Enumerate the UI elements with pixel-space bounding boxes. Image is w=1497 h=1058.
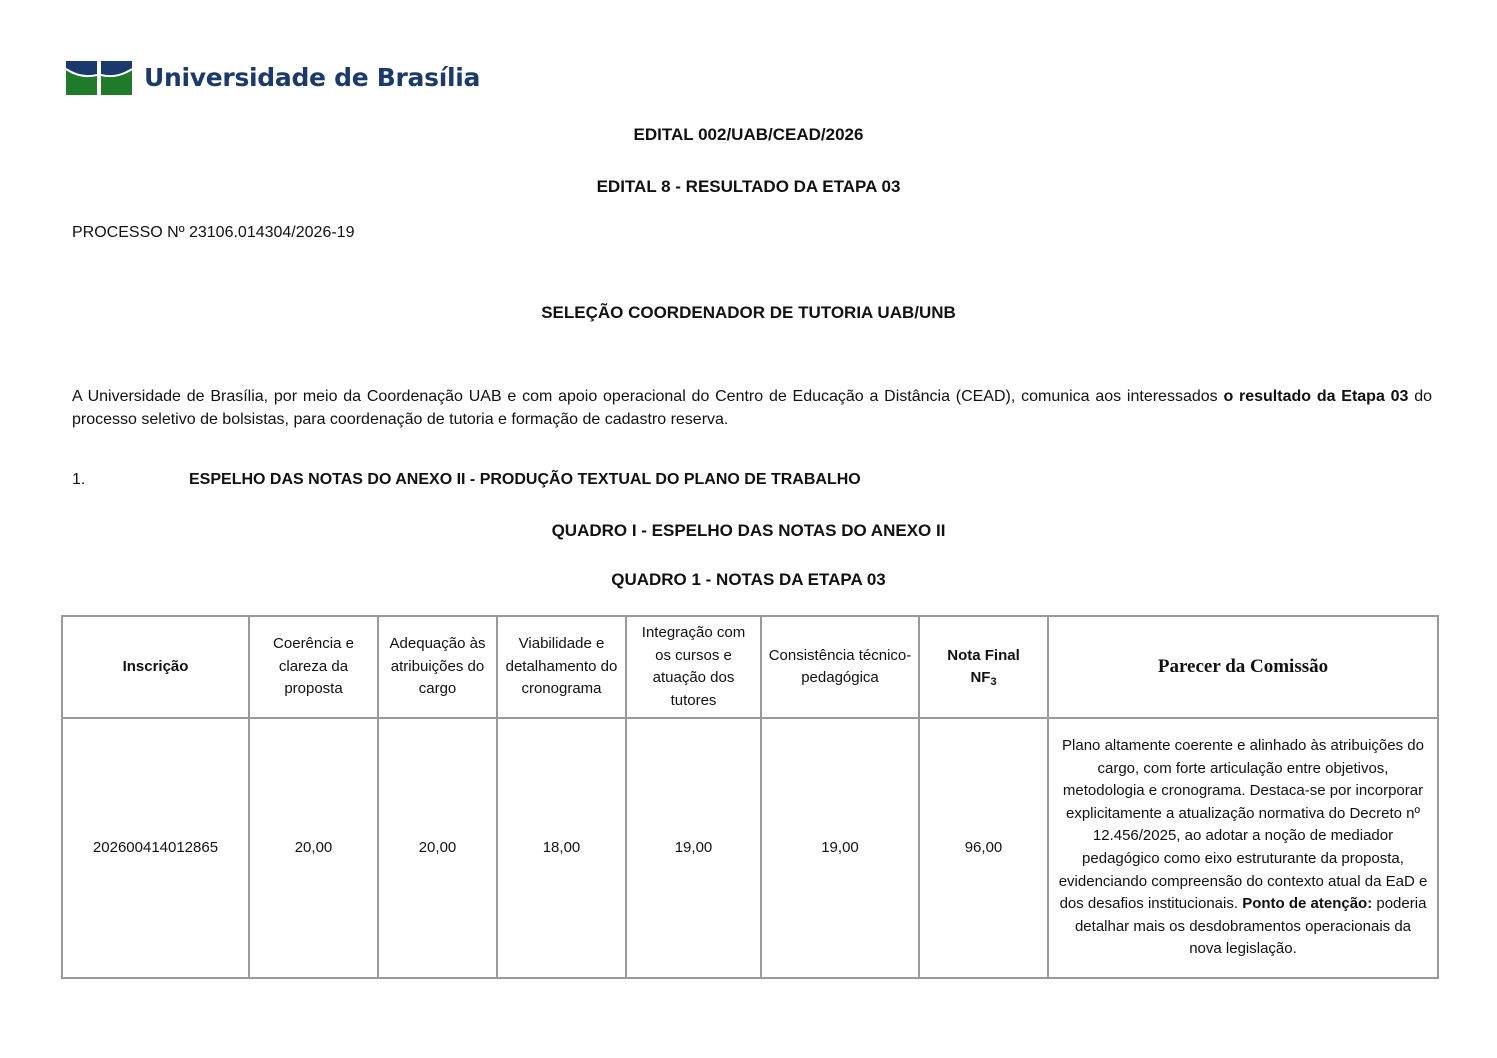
header-adequacao: Adequação às atribuições do cargo <box>378 616 497 718</box>
edital-subtitle: EDITAL 8 - RESULTADO DA ETAPA 03 <box>0 177 1497 197</box>
header-integracao: Integração com os cursos e atuação dos t… <box>626 616 761 718</box>
cell-inscricao: 202600414012865 <box>62 718 249 978</box>
section-title: ESPELHO DAS NOTAS DO ANEXO II - PRODUÇÃO… <box>189 471 861 488</box>
parecer-attention-label: Ponto de atenção: <box>1242 895 1372 912</box>
intro-paragraph: A Universidade de Brasília, por meio da … <box>72 385 1432 431</box>
header-nota-final: Nota Final NF3 <box>919 616 1048 718</box>
header-inscricao: Inscrição <box>62 616 249 718</box>
processo-number: PROCESSO Nº 23106.014304/2026-19 <box>72 224 354 242</box>
unb-logo-icon <box>66 61 132 95</box>
quadro-subtitle: QUADRO 1 - NOTAS DA ETAPA 03 <box>0 570 1497 590</box>
institution-header: Universidade de Brasília <box>66 61 480 95</box>
table-row: 202600414012865 20,00 20,00 18,00 19,00 … <box>62 718 1438 978</box>
institution-name: Universidade de Brasília <box>144 61 480 95</box>
quadro-title: QUADRO I - ESPELHO DAS NOTAS DO ANEXO II <box>0 521 1497 541</box>
table-header-row: Inscrição Coerência e clareza da propost… <box>62 616 1438 718</box>
intro-bold: o resultado da Etapa 03 <box>1223 388 1408 405</box>
cell-adequacao: 20,00 <box>378 718 497 978</box>
edital-number: EDITAL 002/UAB/CEAD/2026 <box>0 125 1497 145</box>
selection-title: SELEÇÃO COORDENADOR DE TUTORIA UAB/UNB <box>0 303 1497 323</box>
cell-parecer: Plano altamente coerente e alinhado às a… <box>1048 718 1438 978</box>
intro-text: A Universidade de Brasília, por meio da … <box>72 388 1223 405</box>
nota-final-subscript: 3 <box>990 676 996 688</box>
cell-consistencia: 19,00 <box>761 718 919 978</box>
header-coerencia: Coerência e clareza da proposta <box>249 616 378 718</box>
section-number: 1. <box>72 471 189 489</box>
section-heading: 1.ESPELHO DAS NOTAS DO ANEXO II - PRODUÇ… <box>72 471 861 489</box>
cell-viabilidade: 18,00 <box>497 718 626 978</box>
cell-coerencia: 20,00 <box>249 718 378 978</box>
header-consistencia: Consistência técnico-pedagógica <box>761 616 919 718</box>
header-viabilidade: Viabilidade e detalhamento do cronograma <box>497 616 626 718</box>
nota-final-label: Nota Final <box>947 647 1020 664</box>
header-parecer: Parecer da Comissão <box>1048 616 1438 718</box>
cell-integracao: 19,00 <box>626 718 761 978</box>
grades-table: Inscrição Coerência e clareza da propost… <box>61 615 1439 979</box>
nota-final-symbol: NF <box>970 669 990 686</box>
parecer-text: Plano altamente coerente e alinhado às a… <box>1059 737 1428 912</box>
cell-nota-final: 96,00 <box>919 718 1048 978</box>
